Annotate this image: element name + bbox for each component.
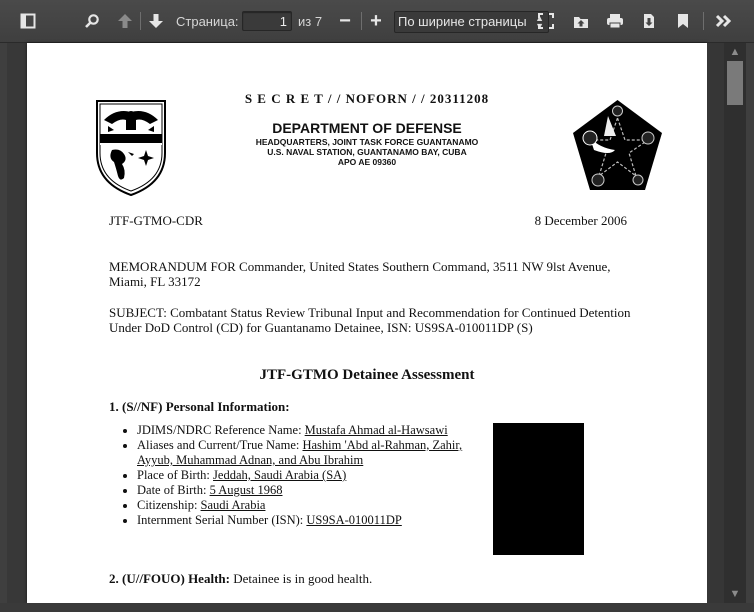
info-label: Place of Birth: xyxy=(137,468,213,482)
search-icon xyxy=(84,13,100,29)
redacted-photo xyxy=(493,423,584,555)
office-symbol: JTF-GTMO-CDR xyxy=(109,213,203,229)
vertical-scrollbar[interactable]: ▲ ▼ xyxy=(724,43,746,603)
next-page-button[interactable] xyxy=(144,9,168,33)
previous-page-button[interactable] xyxy=(113,9,137,33)
info-label: Citizenship: xyxy=(137,498,201,512)
info-label: JDIMS/NDRC Reference Name: xyxy=(137,423,305,437)
pdf-toolbar: Страница: 1 из 7 − + По ширине страницы … xyxy=(0,0,754,43)
info-label: Internment Serial Number (ISN): xyxy=(137,513,306,527)
double-chevron-right-icon xyxy=(715,13,733,29)
list-item: JDIMS/NDRC Reference Name: Mustafa Ahmad… xyxy=(137,423,497,438)
info-value: 5 August 1968 xyxy=(210,483,283,497)
document-title: JTF-GTMO Detainee Assessment xyxy=(27,367,707,384)
info-value: Saudi Arabia xyxy=(201,498,266,512)
find-button[interactable] xyxy=(80,9,104,33)
viewer-margin xyxy=(707,43,724,603)
arrow-down-icon xyxy=(148,13,164,29)
pdf-page: S E C R E T / / NOFORN / / 20311208 DEPA… xyxy=(27,43,707,603)
info-value: Jeddah, Saudi Arabia (SA) xyxy=(213,468,346,482)
scroll-up-button[interactable]: ▲ xyxy=(724,43,746,61)
info-label: Aliases and Current/True Name: xyxy=(137,438,302,452)
download-icon xyxy=(641,13,657,29)
list-item: Aliases and Current/True Name: Hashim 'A… xyxy=(137,438,497,468)
list-item: Internment Serial Number (ISN): US9SA-01… xyxy=(137,513,497,528)
zoom-select-value: По ширине страницы xyxy=(398,14,527,29)
list-item: Date of Birth: 5 August 1968 xyxy=(137,483,497,498)
list-item: Citizenship: Saudi Arabia xyxy=(137,498,497,513)
toolbar-separator xyxy=(140,12,141,30)
info-value: Mustafa Ahmad al-Hawsawi xyxy=(305,423,448,437)
toolbar-separator xyxy=(703,12,704,30)
bookmark-icon xyxy=(677,13,689,29)
sidebar-toggle-icon xyxy=(20,13,36,29)
zoom-out-button[interactable]: − xyxy=(335,9,355,33)
zoom-in-button[interactable]: + xyxy=(366,9,386,33)
info-value: US9SA-010011DP xyxy=(306,513,401,527)
section-1-heading: 1. (S//NF) Personal Information: xyxy=(109,399,290,415)
document-viewer[interactable]: S E C R E T / / NOFORN / / 20311208 DEPA… xyxy=(0,43,754,612)
presentation-mode-button[interactable] xyxy=(536,9,556,33)
section-2-text: Detainee is in good health. xyxy=(230,571,372,586)
viewer-margin xyxy=(7,43,27,603)
memorandum-for: MEMORANDUM FOR Commander, United States … xyxy=(109,259,639,289)
memo-date: 8 December 2006 xyxy=(535,213,627,229)
viewer-bottom-edge xyxy=(0,603,754,612)
fullscreen-icon xyxy=(538,13,554,29)
print-icon xyxy=(606,13,624,29)
page-label: Страница: xyxy=(176,14,239,29)
toolbar-separator xyxy=(361,12,362,30)
personal-info-list: JDIMS/NDRC Reference Name: Mustafa Ahmad… xyxy=(117,423,497,528)
sidebar-toggle-button[interactable] xyxy=(16,9,40,33)
scroll-thumb[interactable] xyxy=(727,61,743,105)
tools-button[interactable] xyxy=(712,9,736,33)
download-button[interactable] xyxy=(638,9,660,33)
print-button[interactable] xyxy=(604,9,626,33)
section-2-number: 2. xyxy=(109,571,122,586)
arrow-up-icon xyxy=(117,13,133,29)
info-label: Date of Birth: xyxy=(137,483,210,497)
list-item: Place of Birth: Jeddah, Saudi Arabia (SA… xyxy=(137,468,497,483)
page-count: из 7 xyxy=(298,14,322,29)
section-2-heading: (U//FOUO) Health: xyxy=(122,571,230,586)
bookmark-button[interactable] xyxy=(672,9,694,33)
scroll-down-button[interactable]: ▼ xyxy=(724,585,746,603)
open-file-button[interactable] xyxy=(570,9,592,33)
section-2: 2. (U//FOUO) Health: Detainee is in good… xyxy=(109,571,372,587)
zoom-select[interactable]: По ширине страницы ▲▼ xyxy=(394,11,549,33)
open-file-icon xyxy=(573,13,589,29)
memo-subject: SUBJECT: Combatant Status Review Tribuna… xyxy=(109,305,639,335)
pentagon-seal-icon xyxy=(570,98,665,193)
page-number-input[interactable]: 1 xyxy=(242,11,292,31)
